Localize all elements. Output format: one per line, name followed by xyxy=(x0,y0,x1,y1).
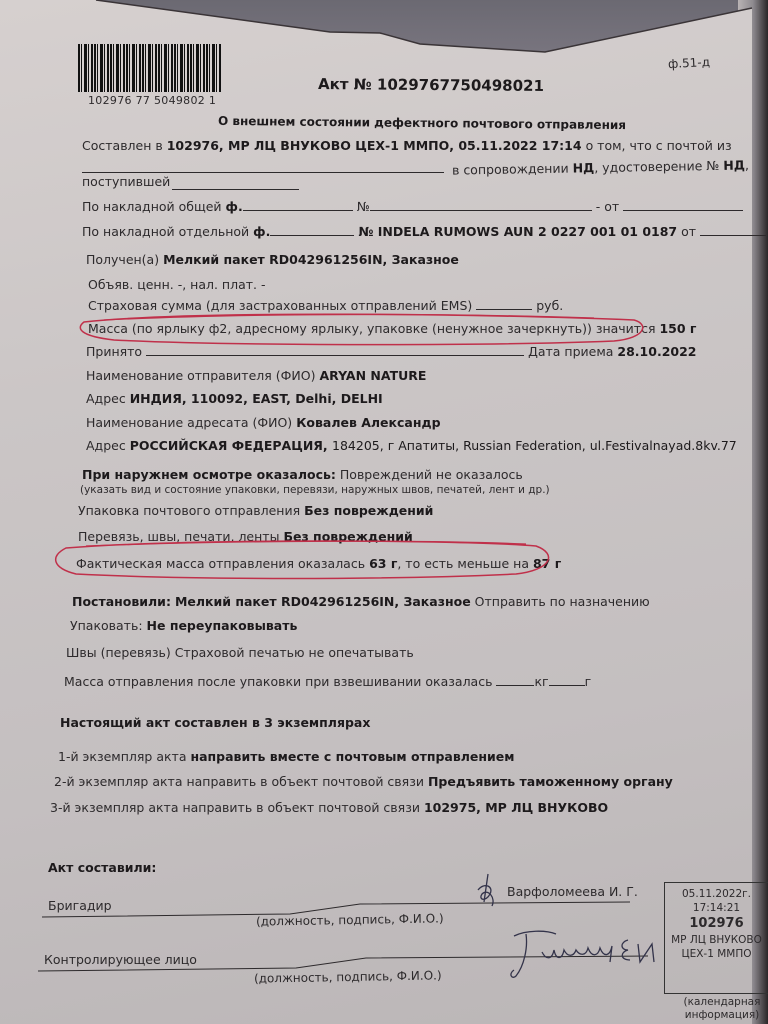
signatures-title: Акт составили: xyxy=(48,860,156,875)
decision-line: Постановили: Мелкий пакет RD042961256IN,… xyxy=(72,594,650,609)
stamp-code: 102976 xyxy=(665,917,768,931)
accepted-line: Принято Дата приема 28.10.2022 xyxy=(86,344,696,359)
act-title: Акт № 1029767750498021 xyxy=(318,75,544,95)
actual-mass-line: Фактическая масса отправления оказалась … xyxy=(76,556,561,571)
inspection-line: При наружнем осмотре оказалось: Поврежде… xyxy=(82,467,523,482)
after-mass-line: Масса отправления после упаковки при взв… xyxy=(64,674,591,689)
separate-waybill-line: По накладной отдельной ф. № INDELA RUMOW… xyxy=(82,224,766,239)
brigadier-name: Варфоломеева И. Г. xyxy=(507,884,638,899)
insurance-line: Страховая сумма (для застрахованных отпр… xyxy=(88,298,563,313)
sender-address: ИНДИЯ, 110092, EAST, Delhi, DELHI xyxy=(130,391,383,406)
label-mass-line: Масса (по ярлыку ф2, адресному ярлыку, у… xyxy=(88,321,696,336)
composed-place-datetime: 102976, МР ЛЦ ВНУКОВО ЦЕХ-1 ММПО, 05.11.… xyxy=(167,138,582,153)
recipient-name-line: Наименование адресата (ФИО) Ковалев Алек… xyxy=(86,415,441,430)
sender-name-line: Наименование отправителя (ФИО) ARYAN NAT… xyxy=(86,368,426,383)
seal-line: Швы (перевязь) Страховой печатью не опеч… xyxy=(66,645,414,660)
calendar-stamp: 05.11.2022г. 17:14:21 102976 МР ЛЦ ВНУКО… xyxy=(664,882,768,994)
pack-line: Упаковать: Не переупаковывать xyxy=(70,618,297,633)
composed-line: Составлен в 102976, МР ЛЦ ВНУКОВО ЦЕХ-1 … xyxy=(82,138,732,153)
stamp-office-line1: МР ЛЦ ВНУКОВО xyxy=(665,933,768,947)
stamp-date: 05.11.2022г. xyxy=(665,887,768,901)
general-waybill-line: По накладной общей ф. № - от xyxy=(82,199,743,214)
arrived-blank xyxy=(172,189,299,190)
sender-address-line: Адрес ИНДИЯ, 110092, EAST, Delhi, DELHI xyxy=(86,391,383,406)
recipient-address: РОССИЙСКАЯ ФЕДЕРАЦИЯ, 184205, г Апатиты,… xyxy=(130,438,737,453)
copy-item-3: 3-й экземпляр акта направить в объект по… xyxy=(50,800,608,815)
arrived-label: поступившей xyxy=(82,174,170,189)
declared-value: Объяв. ценн. -, нал. плат. - xyxy=(88,277,266,292)
recipient-name: Ковалев Александр xyxy=(296,415,440,430)
separate-waybill-number: № INDELA RUMOWS AUN 2 0227 001 01 0187 xyxy=(358,224,677,239)
controller-label: Контролирующее лицо xyxy=(44,952,197,967)
inspection-hint: (указать вид и состояние упаковки, перев… xyxy=(80,484,550,496)
sender-name: ARYAN NATURE xyxy=(319,368,426,383)
form-code: ф.51-д xyxy=(668,55,711,71)
mass-difference-value: 87 г xyxy=(533,556,561,571)
stamp-caption: (календарная информация) xyxy=(676,996,768,1022)
stamp-time: 17:14:21 xyxy=(665,901,768,915)
recipient-address-line: Адрес РОССИЙСКАЯ ФЕДЕРАЦИЯ, 184205, г Ап… xyxy=(86,438,737,453)
label-mass-value: 150 г xyxy=(659,321,696,336)
barcode xyxy=(78,44,221,92)
copy-item-1: 1-й экземпляр акта направить вместе с по… xyxy=(58,749,515,764)
accepted-date: 28.10.2022 xyxy=(617,344,696,359)
seams-line: Перевязь, швы, печати, ленты Без поврежд… xyxy=(78,529,413,544)
copy-item-2: 2-й экземпляр акта направить в объект по… xyxy=(54,774,673,789)
received-item: Мелкий пакет RD042961256IN, Заказное xyxy=(163,252,459,267)
packaging-line: Упаковка почтового отправления Без повре… xyxy=(78,503,433,518)
brigadier-label: Бригадир xyxy=(48,898,112,913)
origin-blank xyxy=(82,172,444,173)
actual-mass-value: 63 г xyxy=(369,556,397,571)
received-line: Получен(а) Мелкий пакет RD042961256IN, З… xyxy=(86,252,459,267)
copies-title: Настоящий акт составлен в 3 экземплярах xyxy=(60,715,370,730)
barcode-number: 102976 77 5049802 1 xyxy=(88,94,216,107)
stamp-office-line2: ЦЕХ-1 ММПО xyxy=(665,947,768,961)
